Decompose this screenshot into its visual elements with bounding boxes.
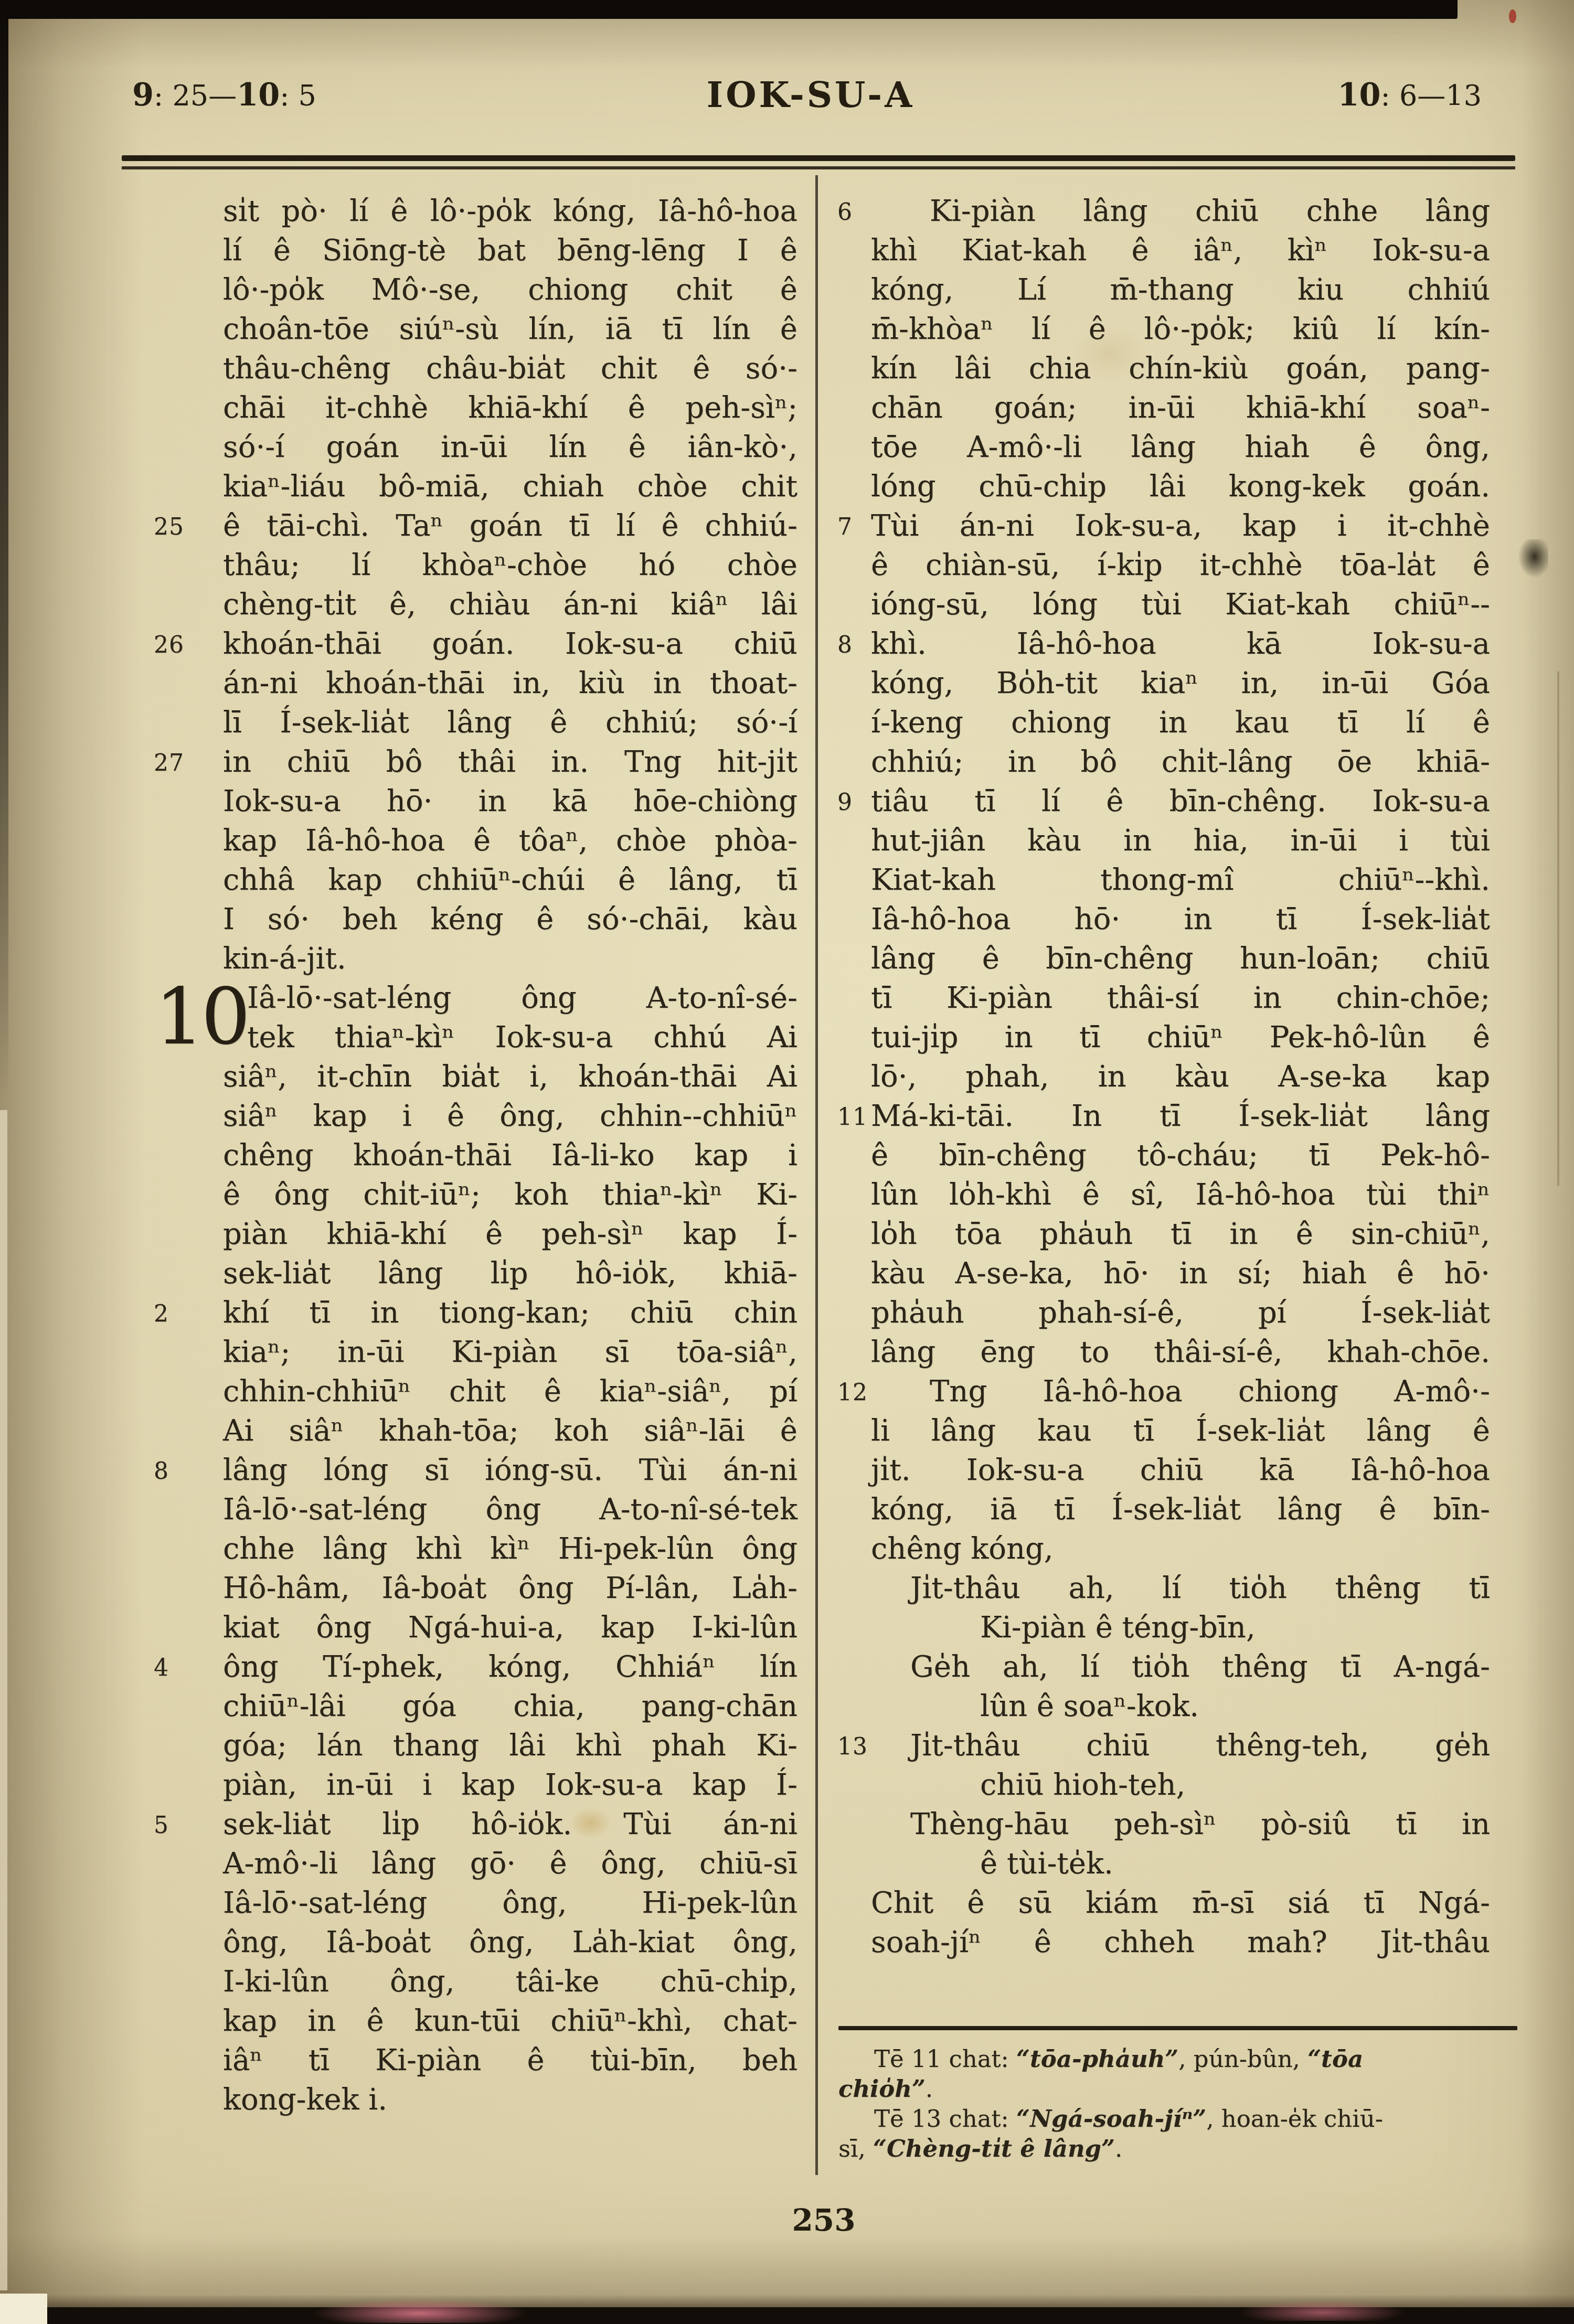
text-line: chāi it-chhè khiā-khí ê peh-sìⁿ; bbox=[223, 388, 797, 428]
footnote-line: chio̍h”. bbox=[838, 2074, 1518, 2104]
line-text: choân-tōe siúⁿ-sù lín, iā tī lín ê bbox=[223, 312, 797, 346]
footnote-text: Tē 11 chat: “tōa-pha̍uh”, pún-bûn, “tōa bbox=[874, 2045, 1363, 2073]
text-line: thâu; lí khòaⁿ-chòe hó chòe bbox=[223, 546, 797, 585]
footnote-line: Tē 13 chat: “Ngá-soah-jíⁿ”, hoan-e̍k chi… bbox=[838, 2104, 1518, 2134]
line-text: lí ê Siōng-tè bat bēng-lēng I ê bbox=[223, 233, 797, 268]
text-line: kap Iâ-hô-hoa ê tôaⁿ, chòe phòa- bbox=[223, 821, 797, 860]
text-line: Ge̍h ah, lí tio̍h thêng tī A-ngá- bbox=[871, 1647, 1490, 1687]
line-text: pha̍uh phah-sí-ê, pí Í-sek-lia̍t bbox=[871, 1296, 1490, 1330]
line-text: hut-jiân kàu in hia, in-ūi i tùi bbox=[871, 824, 1490, 858]
line-text: kap in ê kun-tūi chiūⁿ-khì, chat- bbox=[223, 2004, 797, 2038]
line-text: ê ông chi̍t-iūⁿ; koh thiaⁿ-kìⁿ Ki- bbox=[223, 1178, 797, 1212]
text-line: ê tùi-te̍k. bbox=[871, 1844, 1490, 1883]
bottom-left-corner bbox=[0, 2294, 47, 2324]
text-line: piàn, in-ūi i kap Iok-su-a kap Í- bbox=[223, 1765, 797, 1805]
line-text: si̍t pò· lí ê lô·-po̍k kóng, Iâ-hô-hoa bbox=[223, 194, 797, 228]
line-text: chiūⁿ-lâi góa chia, pang-chān bbox=[223, 1689, 797, 1723]
footnote-text: chio̍h”. bbox=[838, 2075, 933, 2103]
line-text: in chiū bô thâi in. Tng hit-ji̍t bbox=[223, 745, 797, 779]
text-line: Iâ-lō·-sat-léng ông A-to-nî-sé-tek bbox=[223, 1490, 797, 1529]
text-line: só·-í goán in-ūi lín ê iân-kò·, bbox=[223, 428, 797, 467]
text-line: hut-jiân kàu in hia, in-ūi i tùi bbox=[871, 821, 1490, 860]
line-text: I-ki-lûn ông, tâi-ke chū-chi̍p, bbox=[223, 1965, 797, 1999]
text-line: siâⁿ kap i ê ông, chhin--chhiūⁿ bbox=[223, 1096, 797, 1136]
text-line: kiaⁿ-liáu bô-miā, chiah chòe chit bbox=[223, 467, 797, 506]
line-text: khì. Iâ-hô-hoa kā Iok-su-a bbox=[871, 627, 1490, 661]
bottom-edge bbox=[46, 2307, 1574, 2324]
paper-stain bbox=[1070, 325, 1149, 383]
paper-stain bbox=[569, 1807, 611, 1839]
line-text: Ai siâⁿ khah-tōa; koh siâⁿ-lāi ê bbox=[223, 1414, 797, 1448]
line-text: m̄-khòaⁿ lí ê lô·-po̍k; kiû lí kín- bbox=[871, 312, 1490, 346]
line-text: khì Kiat-kah ê iâⁿ, kìⁿ Iok-su-a bbox=[871, 233, 1490, 268]
footnote-text: Tē 13 chat: “Ngá-soah-jíⁿ”, hoan-e̍k chi… bbox=[874, 2105, 1383, 2133]
verse-number: 5 bbox=[154, 1806, 211, 1845]
text-line: lo̍h tōa pha̍uh tī in ê sin-chiūⁿ, bbox=[871, 1214, 1490, 1254]
top-edge bbox=[0, 0, 1458, 19]
verse-number: 7 bbox=[837, 507, 870, 547]
header-rule-thick bbox=[122, 155, 1515, 161]
verse-number: 26 bbox=[154, 625, 211, 665]
page-number: 253 bbox=[782, 2202, 866, 2238]
line-text: kap Iâ-hô-hoa ê tôaⁿ, chòe phòa- bbox=[223, 824, 797, 858]
verse-number: 4 bbox=[154, 1648, 211, 1688]
text-line: li lâng kau tī Í-sek-lia̍t lâng ê bbox=[871, 1411, 1490, 1451]
text-line: m̄-khòaⁿ lí ê lô·-po̍k; kiû lí kín- bbox=[871, 310, 1490, 349]
line-text: kóng, Bo̍h-tit kiaⁿ in, in-ūi Góa bbox=[871, 666, 1490, 700]
text-line: 13 Ji̍t-thâu chiū thêng-teh, ge̍h bbox=[871, 1726, 1490, 1765]
running-head-segment: 10 bbox=[1337, 77, 1380, 113]
line-text: Thèng-hāu peh-sìⁿ pò-siû tī in bbox=[910, 1807, 1490, 1841]
line-text: Tng Iâ-hô-hoa chiong A-mô·- bbox=[930, 1374, 1490, 1409]
line-text: Má-ki-tāi. In tī Í-sek-lia̍t lâng bbox=[871, 1099, 1490, 1133]
line-text: Chit ê sū kiám m̄-sī siá tī Ngá- bbox=[871, 1886, 1490, 1920]
line-text: lo̍h tōa pha̍uh tī in ê sin-chiūⁿ, bbox=[871, 1217, 1490, 1251]
text-line: Thèng-hāu peh-sìⁿ pò-siû tī in bbox=[871, 1805, 1490, 1844]
text-line: Ji̍t-thâu ah, lí tio̍h thêng tī bbox=[871, 1569, 1490, 1608]
text-line: Iâ-lō·-sat-léng ông A-to-nî-sé- bbox=[223, 978, 797, 1018]
text-line: kin-á-jit. bbox=[223, 939, 797, 978]
line-text: piàn khiā-khí ê peh-sìⁿ kap Í- bbox=[223, 1217, 797, 1251]
text-line: lâng ēng to thâi-sí-ê, khah-chōe. bbox=[871, 1332, 1490, 1372]
line-text: Tùi án-ni Iok-su-a, kap i it-chhè bbox=[871, 509, 1490, 543]
line-text: kong-kek i. bbox=[223, 2083, 387, 2117]
text-line: 11 Má-ki-tāi. In tī Í-sek-lia̍t lâng bbox=[871, 1096, 1490, 1136]
line-text: lûn ê soaⁿ-kok. bbox=[980, 1689, 1199, 1723]
text-line: lóng chū-chi̍p lâi kong-kek goán. bbox=[871, 467, 1490, 506]
verse-number: 2 bbox=[154, 1294, 211, 1334]
text-line: lī Í-sek-lia̍t lâng ê chhiú; só·-í bbox=[223, 703, 797, 742]
line-text: siâⁿ kap i ê ông, chhin--chhiūⁿ bbox=[223, 1099, 797, 1133]
text-line: 5 sek-lia̍t li̍p hô-io̍k. Tùi án-ni bbox=[223, 1805, 797, 1844]
text-line: chhiú; in bô chi̍t-lâng ōe khiā- bbox=[871, 742, 1490, 782]
verse-number: 27 bbox=[154, 743, 211, 783]
footnotes: Tē 11 chat: “tōa-pha̍uh”, pún-bûn, “tōa … bbox=[838, 2044, 1518, 2163]
text-line: siâⁿ, it-chīn bia̍t i, khoán-thāi Ai bbox=[223, 1057, 797, 1096]
text-line: piàn khiā-khí ê peh-sìⁿ kap Í- bbox=[223, 1214, 797, 1254]
text-line: chèng-ti̍t ê, chiàu án-ni kiâⁿ lâi bbox=[223, 585, 797, 624]
line-text: ông, Iâ-boa̍t ông, La̍h-kiat ông, bbox=[223, 1925, 797, 1959]
line-text: ê bīn-chêng tô-cháu; tī Pek-hô- bbox=[871, 1138, 1490, 1172]
text-line: ê ông chi̍t-iūⁿ; koh thiaⁿ-kìⁿ Ki- bbox=[223, 1175, 797, 1214]
verse-number: 11 bbox=[837, 1097, 870, 1137]
line-text: tui-ji̍p in tī chiūⁿ Pek-hô-lûn ê bbox=[871, 1020, 1490, 1054]
text-line: lûn ê soaⁿ-kok. bbox=[871, 1687, 1490, 1726]
verse-number: 6 bbox=[837, 193, 870, 232]
line-text: Ki-piàn lâng chiū chhe lâng bbox=[930, 194, 1490, 228]
line-text: li lâng kau tī Í-sek-lia̍t lâng ê bbox=[871, 1414, 1490, 1448]
line-text: kàu A-se-ka, hō· in sí; hiah ê hō· bbox=[871, 1256, 1490, 1291]
line-text: án-ni khoán-thāi in, kiù in thoat- bbox=[223, 666, 797, 700]
text-line: kàu A-se-ka, hō· in sí; hiah ê hō· bbox=[871, 1254, 1490, 1293]
text-line: kóng, Bo̍h-tit kiaⁿ in, in-ūi Góa bbox=[871, 664, 1490, 703]
text-line: chhâ kap chhiūⁿ-chúi ê lâng, tī bbox=[223, 860, 797, 900]
line-text: chhin-chhiūⁿ chit ê kiaⁿ-siâⁿ, pí bbox=[223, 1374, 797, 1409]
text-line: chiūⁿ-lâi góa chia, pang-chān bbox=[223, 1687, 797, 1726]
verse-number: 8 bbox=[154, 1452, 211, 1491]
line-text: chiū hioh-teh, bbox=[980, 1768, 1185, 1802]
text-line: tī Ki-piàn thâi-sí in chin-chōe; bbox=[871, 978, 1490, 1018]
left-paper-edge bbox=[0, 1110, 7, 2290]
text-line: kóng, Lí m̄-thang kiu chhiú bbox=[871, 270, 1490, 310]
line-text: khoán-thāi goán. Iok-su-a chiū bbox=[223, 627, 797, 661]
line-text: Kiat-kah thong-mî chiūⁿ--khì. bbox=[871, 863, 1490, 897]
line-text: soah-jíⁿ ê chheh mah? Ji̍t-thâu bbox=[871, 1925, 1490, 1959]
text-line: sek-lia̍t lâng li̍p hô-io̍k, khiā- bbox=[223, 1254, 797, 1293]
verse-number: 8 bbox=[837, 625, 870, 665]
text-line: chhin-chhiūⁿ chit ê kiaⁿ-siâⁿ, pí bbox=[223, 1372, 797, 1411]
running-head-right: 10: 6—13 bbox=[1337, 74, 1482, 120]
line-text: ióng-sū, lóng tùi Kiat-kah chiūⁿ-- bbox=[871, 588, 1490, 622]
page-crease bbox=[1557, 671, 1559, 1186]
text-line: 6 Ki-piàn lâng chiū chhe lâng bbox=[871, 191, 1490, 231]
text-line: 27 in chiū bô thâi in. Tng hit-ji̍t bbox=[223, 742, 797, 782]
text-line: chêng kóng, bbox=[871, 1529, 1490, 1569]
text-line: tek thiaⁿ-kìⁿ Iok-su-a chhú Ai bbox=[223, 1018, 797, 1057]
text-line: Ki-piàn ê téng-bīn, bbox=[871, 1608, 1490, 1647]
text-line: I-ki-lûn ông, tâi-ke chū-chi̍p, bbox=[223, 1962, 797, 2001]
text-line: 8 khì. Iâ-hô-hoa kā Iok-su-a bbox=[871, 624, 1490, 664]
text-line: 2 khí tī in tiong-kan; chiū chin bbox=[223, 1293, 797, 1332]
text-line: chān goán; in-ūi khiā-khí soaⁿ- bbox=[871, 388, 1490, 428]
text-line: í-keng chiong in kau tī lí ê bbox=[871, 703, 1490, 742]
left-edge bbox=[0, 0, 8, 1102]
text-line: lûn lo̍h-khì ê sî, Iâ-hô-hoa tùi thiⁿ bbox=[871, 1175, 1490, 1214]
line-text: lō·, phah, in kàu A-se-ka kap bbox=[871, 1060, 1490, 1094]
text-line: Kiat-kah thong-mî chiūⁿ--khì. bbox=[871, 860, 1490, 900]
line-text: lâng ê bīn-chêng hun-loān; chiū bbox=[871, 942, 1490, 976]
line-text: chhâ kap chhiūⁿ-chúi ê lâng, tī bbox=[223, 863, 797, 897]
text-line: lō·, phah, in kàu A-se-ka kap bbox=[871, 1057, 1490, 1096]
text-line: kong-kek i. bbox=[223, 2080, 797, 2119]
column-divider bbox=[815, 175, 818, 2175]
text-line: 12 Tng Iâ-hô-hoa chiong A-mô·- bbox=[871, 1372, 1490, 1411]
line-text: chāi it-chhè khiā-khí ê peh-sìⁿ; bbox=[223, 391, 797, 425]
left-column: si̍t pò· lí ê lô·-po̍k kóng, Iâ-hô-hoa l… bbox=[223, 191, 797, 2119]
line-text: chhiú; in bô chi̍t-lâng ōe khiā- bbox=[871, 745, 1490, 779]
line-text: piàn, in-ūi i kap Iok-su-a kap Í- bbox=[223, 1768, 797, 1802]
text-line: kiat ông Ngá-hui-a, kap I-ki-lûn bbox=[223, 1608, 797, 1647]
line-text: lóng chū-chi̍p lâi kong-kek goán. bbox=[871, 470, 1490, 504]
verse-number: 25 bbox=[154, 507, 211, 547]
text-line: tui-ji̍p in tī chiūⁿ Pek-hô-lûn ê bbox=[871, 1018, 1490, 1057]
right-column: 6 Ki-piàn lâng chiū chhe lâng khì Kiat-k… bbox=[871, 191, 1490, 1962]
text-line: Iâ-hô-hoa hō· in tī Í-sek-lia̍t bbox=[871, 900, 1490, 939]
text-line: 26 khoán-thāi goán. Iok-su-a chiū bbox=[223, 624, 797, 664]
line-text: lûn lo̍h-khì ê sî, Iâ-hô-hoa tùi thiⁿ bbox=[871, 1178, 1490, 1212]
line-text: ê tāi-chì. Taⁿ goán tī lí ê chhiú- bbox=[223, 509, 797, 543]
text-line: soah-jíⁿ ê chheh mah? Ji̍t-thâu bbox=[871, 1923, 1490, 1962]
text-line: lâng ê bīn-chêng hun-loān; chiū bbox=[871, 939, 1490, 978]
line-text: kiaⁿ; in-ūi Ki-piàn sī tōa-siâⁿ, bbox=[223, 1335, 797, 1369]
line-text: chān goán; in-ūi khiā-khí soaⁿ- bbox=[871, 391, 1490, 425]
text-line: án-ni khoán-thāi in, kiù in thoat- bbox=[223, 664, 797, 703]
verse-number: 13 bbox=[837, 1727, 870, 1766]
line-text: í-keng chiong in kau tī lí ê bbox=[871, 706, 1490, 740]
line-text: ê tùi-te̍k. bbox=[980, 1847, 1113, 1881]
line-text: Ji̍t-thâu chiū thêng-teh, ge̍h bbox=[910, 1729, 1490, 1763]
text-line: si̍t pò· lí ê lô·-po̍k kóng, Iâ-hô-hoa bbox=[223, 191, 797, 231]
line-text: sek-lia̍t lâng li̍p hô-io̍k, khiā- bbox=[223, 1256, 797, 1291]
text-line: chêng khoán-thāi Iâ-li-ko kap i bbox=[223, 1136, 797, 1175]
text-line: kap in ê kun-tūi chiūⁿ-khì, chat- bbox=[223, 2001, 797, 2041]
line-text: Ki-piàn ê téng-bīn, bbox=[980, 1611, 1256, 1645]
line-text: lâng ēng to thâi-sí-ê, khah-chōe. bbox=[871, 1335, 1490, 1369]
text-line: ê chiàn-sū, í-ki̍p it-chhè tōa-la̍t ê bbox=[871, 546, 1490, 585]
text-line: chhe lâng khì kìⁿ Hi-pek-lûn ông bbox=[223, 1529, 797, 1569]
line-text: ông Tí-phek, kóng, Chhiáⁿ lín bbox=[223, 1650, 797, 1684]
line-text: ê chiàn-sū, í-ki̍p it-chhè tōa-la̍t ê bbox=[871, 548, 1490, 582]
text-line: choân-tōe siúⁿ-sù lín, iā tī lín ê bbox=[223, 310, 797, 349]
text-line: 4 ông Tí-phek, kóng, Chhiáⁿ lín bbox=[223, 1647, 797, 1687]
line-text: lâng lóng sī ióng-sū. Tùi án-ni bbox=[223, 1453, 797, 1487]
line-text: kin-á-jit. bbox=[223, 942, 346, 976]
line-text: Iâ-lō·-sat-léng ông A-to-nî-sé-tek bbox=[223, 1493, 797, 1527]
text-line: kóng, iā tī Í-sek-lia̍t lâng ê bīn- bbox=[871, 1490, 1490, 1529]
text-line: Iâ-lō·-sat-léng ông, Hi-pek-lûn bbox=[223, 1883, 797, 1923]
text-line: thâu-chêng châu-bia̍t chit ê só·- bbox=[223, 349, 797, 388]
running-head-segment: : 6—13 bbox=[1381, 79, 1482, 112]
line-text: kóng, Lí m̄-thang kiu chhiú bbox=[871, 273, 1490, 307]
line-text: Ge̍h ah, lí tio̍h thêng tī A-ngá- bbox=[910, 1650, 1490, 1684]
verse-number: 12 bbox=[837, 1373, 870, 1412]
line-text: Iâ-lō·-sat-léng ông A-to-nî-sé- bbox=[247, 981, 797, 1015]
text-line: Chit ê sū kiám m̄-sī siá tī Ngá- bbox=[871, 1883, 1490, 1923]
text-line: chiū hioh-teh, bbox=[871, 1765, 1490, 1805]
line-text: sek-lia̍t li̍p hô-io̍k. Tùi án-ni bbox=[223, 1807, 797, 1841]
verse-number: 9 bbox=[837, 783, 870, 822]
line-text: thâu; lí khòaⁿ-chòe hó chòe bbox=[223, 548, 797, 582]
line-text: tōe A-mô·-li lâng hiah ê ông, bbox=[871, 430, 1490, 464]
line-text: lī Í-sek-lia̍t lâng ê chhiú; só·-í bbox=[223, 706, 797, 740]
text-line: lô·-po̍k Mô·-se, chiong chit ê bbox=[223, 270, 797, 310]
text-line: Iok-su-a hō· in kā hōe-chiòng bbox=[223, 782, 797, 821]
footnote-line: Tē 11 chat: “tōa-pha̍uh”, pún-bûn, “tōa bbox=[838, 2044, 1518, 2074]
line-text: tī Ki-piàn thâi-sí in chin-chōe; bbox=[871, 981, 1490, 1015]
line-text: lô·-po̍k Mô·-se, chiong chit ê bbox=[223, 273, 797, 307]
line-text: chêng khoán-thāi Iâ-li-ko kap i bbox=[223, 1138, 797, 1172]
line-text: kóng, iā tī Í-sek-lia̍t lâng ê bīn- bbox=[871, 1493, 1490, 1527]
line-text: Iok-su-a hō· in kā hōe-chiòng bbox=[223, 784, 797, 818]
text-line: kín lâi chia chín-kiù goán, pang- bbox=[871, 349, 1490, 388]
text-line: kiaⁿ; in-ūi Ki-piàn sī tōa-siâⁿ, bbox=[223, 1332, 797, 1372]
text-line: góa; lán thang lâi khì phah Ki- bbox=[223, 1726, 797, 1765]
footnote-text: sī, “Chèng-ti̍t ê lâng”. bbox=[838, 2135, 1122, 2162]
line-text: Iâ-lō·-sat-léng ông, Hi-pek-lûn bbox=[223, 1886, 797, 1920]
text-line: 7 Tùi án-ni Iok-su-a, kap i it-chhè bbox=[871, 506, 1490, 546]
text-line: lí ê Siōng-tè bat bēng-lēng I ê bbox=[223, 231, 797, 270]
footnote-line: sī, “Chèng-ti̍t ê lâng”. bbox=[838, 2134, 1518, 2163]
text-line: khì Kiat-kah ê iâⁿ, kìⁿ Iok-su-a bbox=[871, 231, 1490, 270]
header-rule-thin bbox=[122, 166, 1515, 169]
line-text: kiaⁿ-liáu bô-miā, chiah chòe chit bbox=[223, 470, 797, 504]
line-text: khí tī in tiong-kan; chiū chin bbox=[223, 1296, 797, 1330]
line-text: iâⁿ tī Ki-piàn ê tùi-bīn, beh bbox=[223, 2043, 797, 2077]
line-text: A-mô·-li lâng gō· ê ông, chiū-sī bbox=[223, 1847, 797, 1881]
line-text: chêng kóng, bbox=[871, 1532, 1054, 1566]
line-text: kiat ông Ngá-hui-a, kap I-ki-lûn bbox=[223, 1611, 797, 1645]
text-line: Ai siâⁿ khah-tōa; koh siâⁿ-lāi ê bbox=[223, 1411, 797, 1451]
line-text: chèng-ti̍t ê, chiàu án-ni kiâⁿ lâi bbox=[223, 588, 797, 622]
footnote-rule bbox=[838, 2026, 1517, 2030]
line-text: siâⁿ, it-chīn bia̍t i, khoán-thāi Ai bbox=[223, 1060, 797, 1094]
line-text: Iâ-hô-hoa hō· in tī Í-sek-lia̍t bbox=[871, 902, 1490, 936]
text-line: Hô-hâm, Iâ-boa̍t ông Pí-lân, La̍h- bbox=[223, 1569, 797, 1608]
line-text: ji̍t. Iok-su-a chiū kā Iâ-hô-hoa bbox=[871, 1453, 1490, 1487]
text-line: iâⁿ tī Ki-piàn ê tùi-bīn, beh bbox=[223, 2041, 797, 2080]
line-text: chhe lâng khì kìⁿ Hi-pek-lûn ông bbox=[223, 1532, 797, 1566]
text-line: pha̍uh phah-sí-ê, pí Í-sek-lia̍t bbox=[871, 1293, 1490, 1332]
text-line: 9 tiâu tī lí ê bīn-chêng. Iok-su-a bbox=[871, 782, 1490, 821]
book-page: 9: 25—10: 5 IOK-SU-A 10: 6—13 10 si̍t pò… bbox=[0, 0, 1574, 2324]
red-speck bbox=[1509, 9, 1516, 23]
text-line: A-mô·-li lâng gō· ê ông, chiū-sī bbox=[223, 1844, 797, 1883]
line-text: só·-í goán in-ūi lín ê iân-kò·, bbox=[223, 430, 797, 464]
line-text: tiâu tī lí ê bīn-chêng. Iok-su-a bbox=[871, 784, 1490, 818]
text-line: tōe A-mô·-li lâng hiah ê ông, bbox=[871, 428, 1490, 467]
ink-blot bbox=[1518, 539, 1548, 578]
line-text: I só· beh kéng ê só·-chāi, kàu bbox=[223, 902, 797, 936]
text-line: 8 lâng lóng sī ióng-sū. Tùi án-ni bbox=[223, 1451, 797, 1490]
text-line: 25 ê tāi-chì. Taⁿ goán tī lí ê chhiú- bbox=[223, 506, 797, 546]
line-text: kín lâi chia chín-kiù goán, pang- bbox=[871, 351, 1490, 386]
text-line: ê bīn-chêng tô-cháu; tī Pek-hô- bbox=[871, 1136, 1490, 1175]
line-text: góa; lán thang lâi khì phah Ki- bbox=[223, 1729, 797, 1763]
text-line: ông, Iâ-boa̍t ông, La̍h-kiat ông, bbox=[223, 1923, 797, 1962]
text-line: ióng-sū, lóng tùi Kiat-kah chiūⁿ-- bbox=[871, 585, 1490, 624]
text-line: I só· beh kéng ê só·-chāi, kàu bbox=[223, 900, 797, 939]
line-text: tek thiaⁿ-kìⁿ Iok-su-a chhú Ai bbox=[247, 1020, 797, 1054]
line-text: Hô-hâm, Iâ-boa̍t ông Pí-lân, La̍h- bbox=[223, 1571, 797, 1605]
line-text: Ji̍t-thâu ah, lí tio̍h thêng tī bbox=[910, 1571, 1490, 1605]
line-text: thâu-chêng châu-bia̍t chit ê só·- bbox=[223, 351, 797, 386]
text-line: ji̍t. Iok-su-a chiū kā Iâ-hô-hoa bbox=[871, 1451, 1490, 1490]
